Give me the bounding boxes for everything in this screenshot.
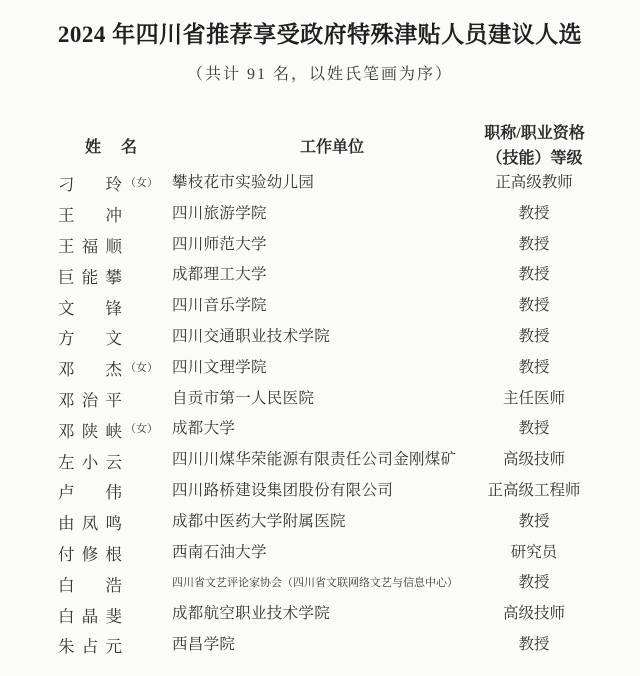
job-title: 教授: [455, 414, 613, 445]
person-name: 文锋: [58, 295, 122, 319]
name-cell: 朱占元: [58, 630, 125, 661]
name-cell: 王冲: [58, 199, 125, 230]
name-cell: 邓陕峡（女）: [58, 414, 158, 445]
work-unit: 成都航空职业技术学院: [172, 599, 458, 630]
job-title: 教授: [455, 199, 613, 230]
table-row: 白浩 四川省文艺评论家协会（四川省文联网络文艺与信息中心） 教授: [0, 568, 640, 599]
job-title: 高级技师: [455, 445, 613, 476]
header-unit-column: 工作单位: [250, 134, 414, 157]
name-cell: 卢伟: [58, 476, 125, 507]
person-name: 邓陕峡: [58, 418, 122, 442]
person-name: 刁玲: [58, 171, 122, 195]
work-unit: 四川省文艺评论家协会（四川省文联网络文艺与信息中心）: [172, 568, 458, 599]
name-cell: 付修根: [58, 538, 125, 569]
job-title: 主任医师: [455, 384, 613, 415]
table-row: 王福顺 四川师范大学 教授: [0, 230, 640, 261]
job-title: 正高级工程师: [455, 476, 613, 507]
name-cell: 方文: [58, 322, 125, 353]
table-row: 付修根 西南石油大学 研究员: [0, 538, 640, 569]
name-cell: 白晶斐: [58, 599, 125, 630]
document-page: 2024 年四川省推荐享受政府特殊津贴人员建议人选 （共计 91 名，以姓氏笔画…: [0, 0, 640, 676]
job-title: 教授: [455, 568, 613, 599]
person-name: 付修根: [58, 541, 122, 565]
name-cell: 邓治平: [58, 384, 125, 415]
table-row: 巨能攀 成都理工大学 教授: [0, 260, 640, 291]
table-row: 由凤鸣 成都中医药大学附属医院 教授: [0, 507, 640, 538]
work-unit: 四川音乐学院: [172, 291, 458, 322]
job-title: 教授: [455, 630, 613, 661]
work-unit: 攀枝花市实验幼儿园: [172, 168, 458, 199]
gender-note: （女）: [125, 177, 158, 189]
table-row: 左小云 四川川煤华荣能源有限责任公司金刚煤矿 高级技师: [0, 445, 640, 476]
gender-note: （女）: [125, 423, 158, 435]
table-row: 白晶斐 成都航空职业技术学院 高级技师: [0, 599, 640, 630]
document-subtitle: （共计 91 名，以姓氏笔画为序）: [0, 61, 640, 84]
person-name: 白晶斐: [58, 603, 122, 627]
work-unit: 西昌学院: [172, 630, 458, 661]
table-row: 朱占元 西昌学院 教授: [0, 630, 640, 661]
person-name: 方文: [58, 325, 122, 349]
work-unit: 四川路桥建设集团股份有限公司: [172, 476, 458, 507]
person-name: 王冲: [58, 202, 122, 226]
name-cell: 王福顺: [58, 230, 125, 261]
table-row: 刁玲（女） 攀枝花市实验幼儿园 正高级教师: [0, 168, 640, 199]
work-unit: 四川文理学院: [172, 353, 458, 384]
table-row: 王冲 四川旅游学院 教授: [0, 199, 640, 230]
job-title: 教授: [455, 291, 613, 322]
table-row: 邓陕峡（女） 成都大学 教授: [0, 414, 640, 445]
person-name: 左小云: [58, 449, 122, 473]
name-cell: 白浩: [58, 568, 125, 599]
name-cell: 刁玲（女）: [58, 168, 158, 199]
name-cell: 邓杰（女）: [58, 353, 158, 384]
header-qualification-line1: 职称/职业资格: [452, 121, 617, 146]
person-name: 邓杰: [58, 356, 122, 380]
work-unit: 成都中医药大学附属医院: [172, 507, 458, 538]
work-unit: 成都理工大学: [172, 260, 458, 291]
work-unit: 四川师范大学: [172, 230, 458, 261]
gender-note: （女）: [125, 362, 158, 374]
name-cell: 巨能攀: [58, 260, 125, 291]
table-row: 文锋 四川音乐学院 教授: [0, 291, 640, 322]
person-name: 朱占元: [58, 633, 122, 657]
person-name: 邓治平: [58, 387, 122, 411]
work-unit: 四川旅游学院: [172, 199, 458, 230]
job-title: 教授: [455, 322, 613, 353]
work-unit: 成都大学: [172, 414, 458, 445]
person-name: 巨能攀: [58, 264, 122, 288]
job-title: 研究员: [455, 538, 613, 569]
table-row: 邓治平 自贡市第一人民医院 主任医师: [0, 384, 640, 415]
job-title: 教授: [455, 230, 613, 261]
person-name: 由凤鸣: [58, 510, 122, 534]
work-unit: 西南石油大学: [172, 538, 458, 569]
table-row: 卢伟 四川路桥建设集团股份有限公司 正高级工程师: [0, 476, 640, 507]
document-title: 2024 年四川省推荐享受政府特殊津贴人员建议人选: [0, 16, 640, 49]
job-title: 教授: [455, 260, 613, 291]
table-row: 方文 四川交通职业技术学院 教授: [0, 322, 640, 353]
person-name: 王福顺: [58, 233, 122, 257]
header-name-column: 姓 名: [57, 134, 167, 157]
table-row: 邓杰（女） 四川文理学院 教授: [0, 353, 640, 384]
job-title: 教授: [455, 353, 613, 384]
name-cell: 文锋: [58, 291, 125, 322]
table-body: 刁玲（女） 攀枝花市实验幼儿园 正高级教师 王冲 四川旅游学院 教授 王福顺 四…: [0, 168, 640, 661]
job-title: 高级技师: [455, 599, 613, 630]
name-cell: 左小云: [58, 445, 125, 476]
person-name: 卢伟: [58, 479, 122, 503]
job-title: 教授: [455, 507, 613, 538]
job-title: 正高级教师: [455, 168, 613, 199]
name-cell: 由凤鸣: [58, 507, 125, 538]
person-name: 白浩: [58, 572, 122, 596]
header-qualification-column: 职称/职业资格 （技能）等级: [452, 121, 617, 171]
work-unit: 四川川煤华荣能源有限责任公司金刚煤矿: [172, 445, 458, 476]
work-unit: 四川交通职业技术学院: [172, 322, 458, 353]
work-unit: 自贡市第一人民医院: [172, 384, 458, 415]
